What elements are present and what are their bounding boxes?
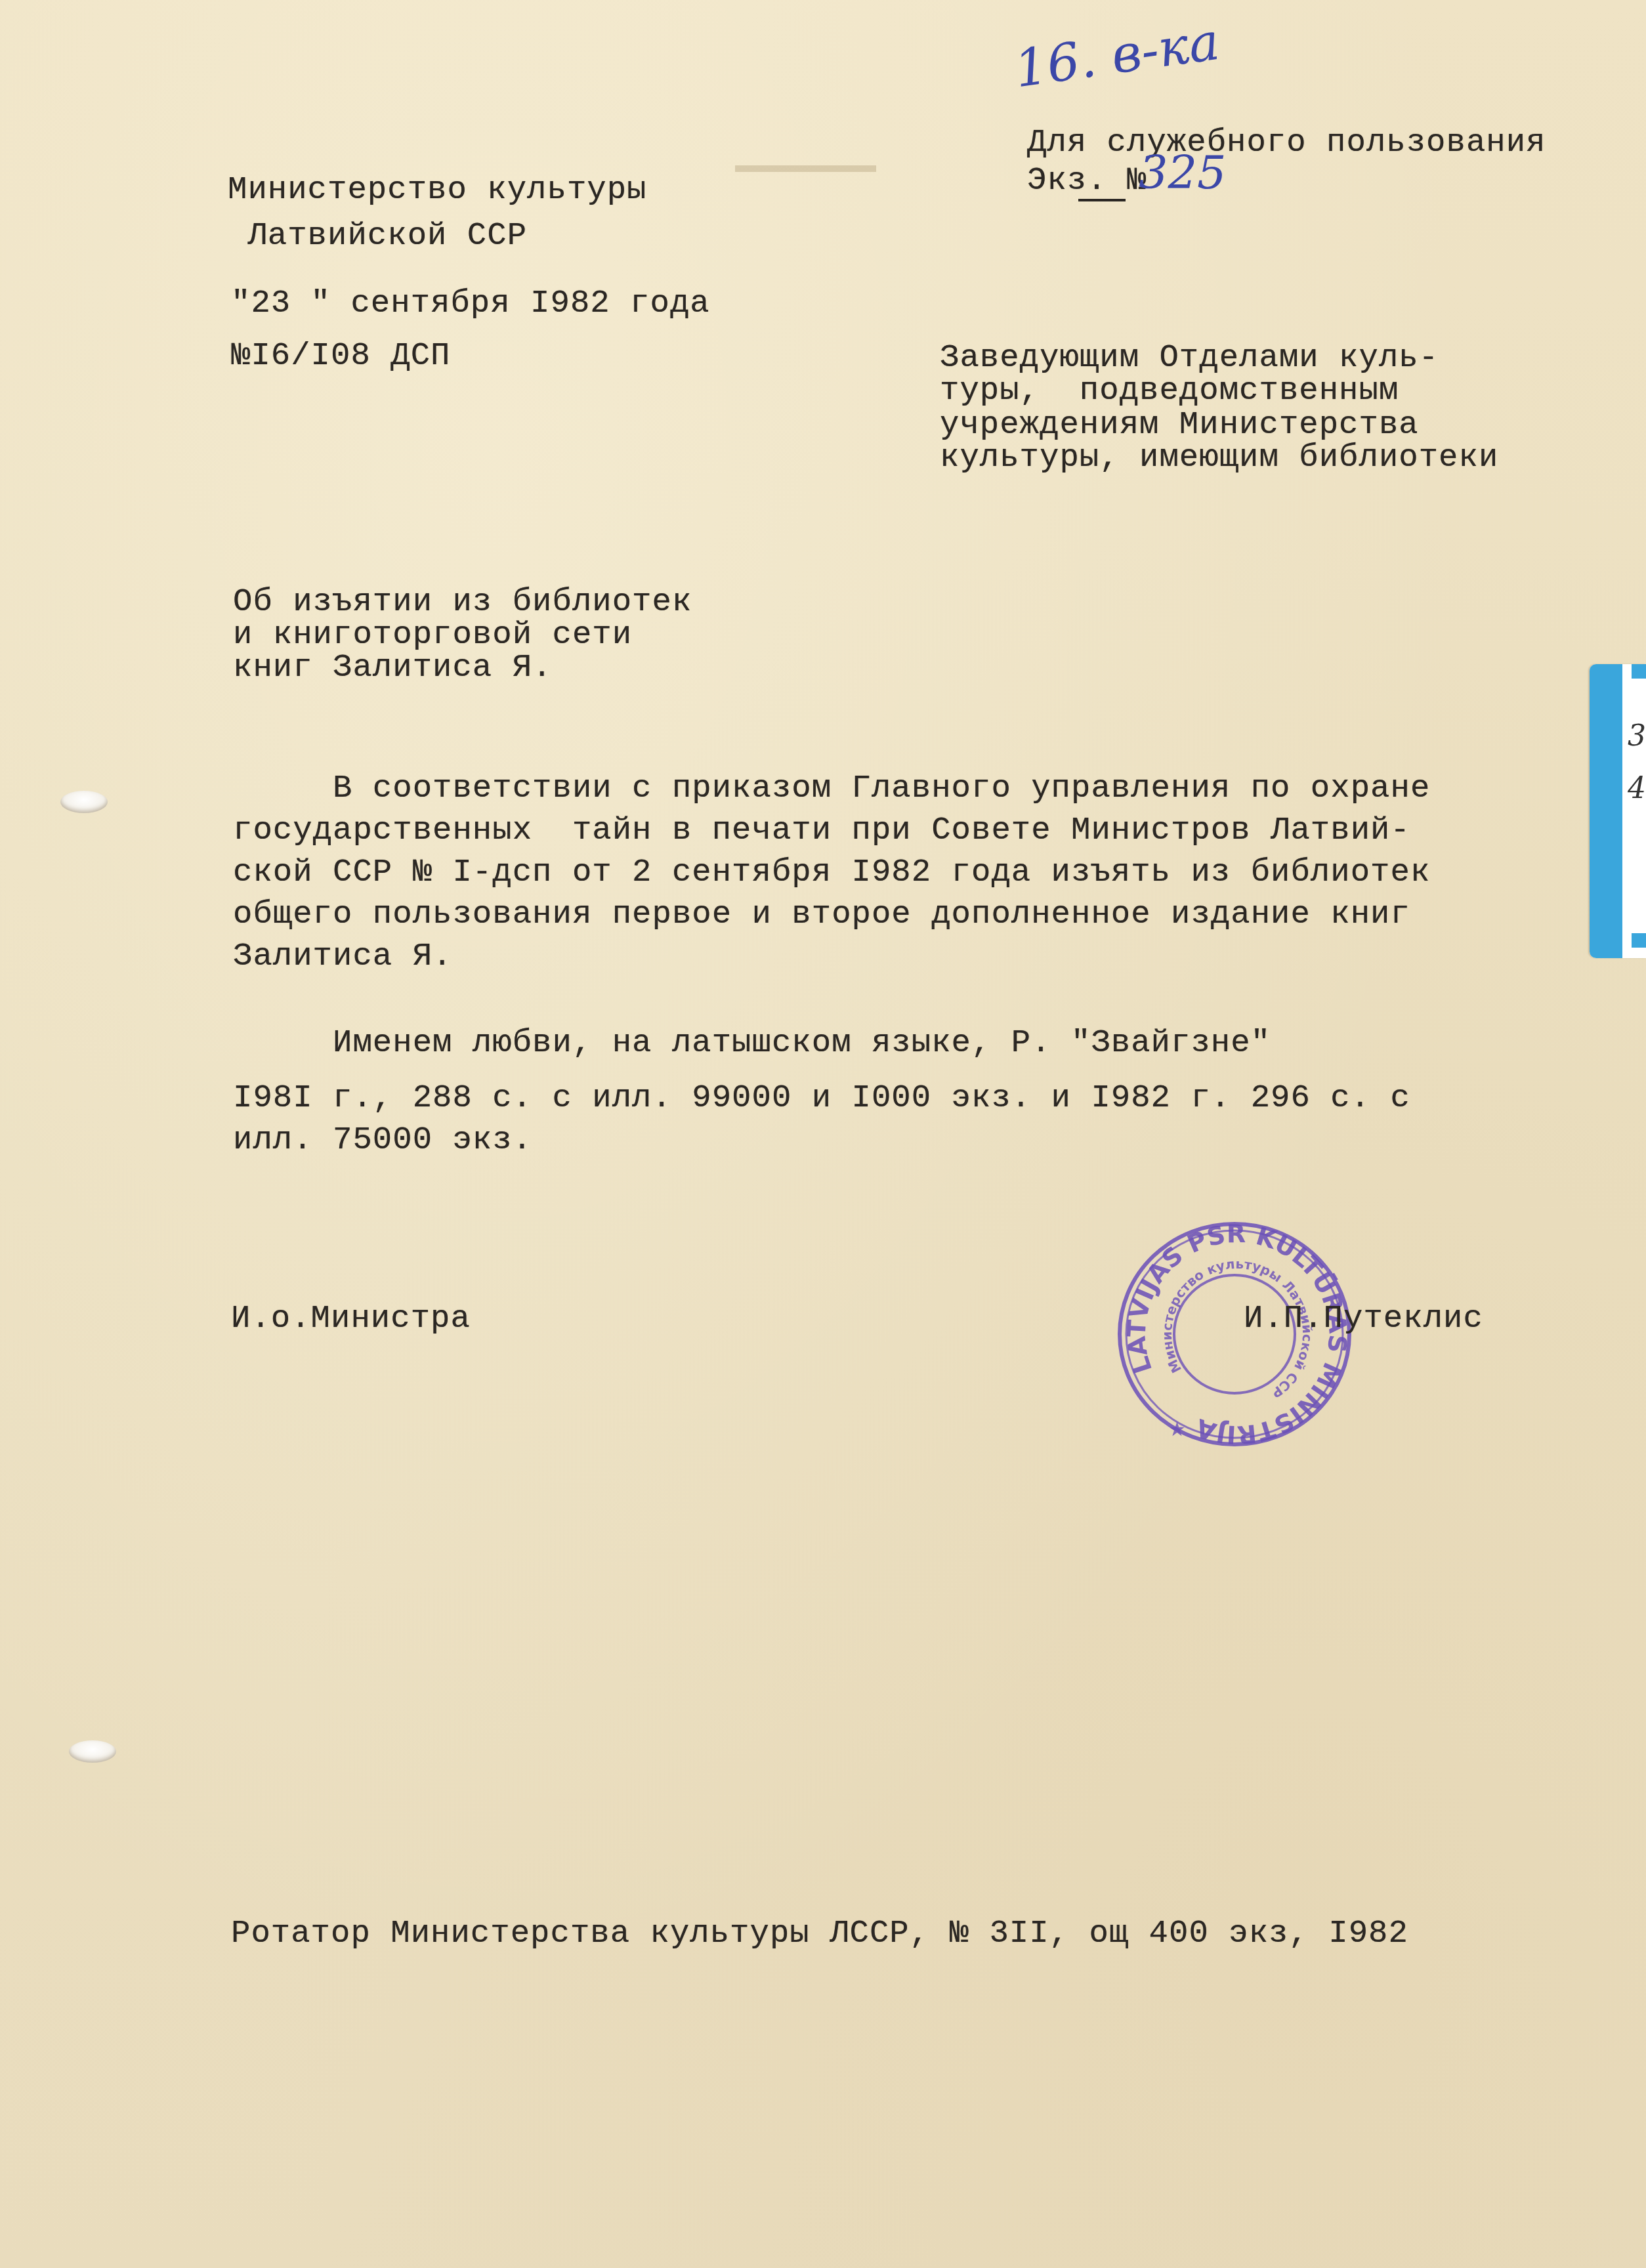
body-line: В соответствии с приказом Главного управ…: [233, 769, 1430, 807]
classification-label: Для служебного пользования: [1027, 123, 1546, 161]
tab-bottom-marker: [1632, 933, 1646, 948]
handwritten-copy-number: 325: [1139, 146, 1227, 199]
punch-hole-bottom: [69, 1740, 116, 1763]
body-line: I98I г., 288 с. с илл. 99000 и I000 экз.…: [233, 1079, 1410, 1117]
svg-text:★: ★: [1168, 1418, 1186, 1441]
tab-top-marker: [1632, 664, 1646, 679]
body-line: государственных тайн в печати при Совете…: [233, 811, 1410, 849]
body-line: ской ССР № I-дсп от 2 сентября I982 года…: [233, 853, 1430, 891]
document-number: №I6/I08 ДСП: [231, 337, 450, 375]
signature-title: И.о.Министра: [231, 1299, 471, 1337]
sender-ministry-line2: Латвийской ССР: [228, 217, 527, 255]
body-line: илл. 75000 экз.: [233, 1121, 532, 1159]
body-line: Именем любви, на латышском языке, Р. "Зв…: [233, 1024, 1271, 1062]
signature-name: И.П.Путеклис: [1244, 1299, 1483, 1337]
tab-handwritten-number: 3 4: [1628, 710, 1646, 815]
addressee-line: культуры, имеющим библиотеки: [940, 438, 1498, 476]
body-line: общего пользования первое и второе допол…: [233, 895, 1410, 933]
footer-imprint: Ротатор Министерства культуры ЛССР, № 3I…: [231, 1914, 1408, 1952]
body-line: Залитиса Я.: [233, 937, 452, 975]
side-index-tab: 3 4: [1590, 664, 1646, 958]
faint-mark: [735, 165, 876, 172]
document-date: "23 " сентября I982 года: [231, 284, 710, 322]
copy-number-underline: [1078, 199, 1126, 201]
copy-number-label: Экз. №: [1027, 161, 1147, 199]
punch-hole-top: [60, 791, 108, 813]
tab-color-band: [1590, 664, 1622, 958]
sender-ministry-line1: Министерство культуры: [228, 171, 647, 209]
subject-line: книг Залитиса Я.: [233, 648, 552, 686]
addressee-line: туры, подведомственным: [940, 371, 1399, 409]
